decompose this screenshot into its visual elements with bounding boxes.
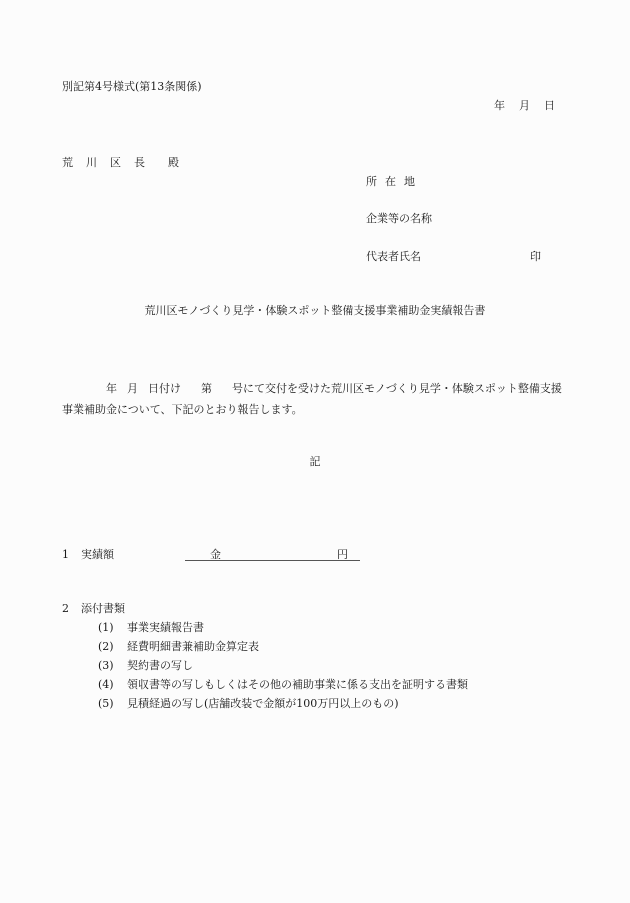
section-2-number: 2 bbox=[62, 602, 81, 616]
date-line: 年月日 bbox=[494, 99, 555, 113]
date-day-label: 日 bbox=[544, 99, 555, 113]
body-year: 年 bbox=[106, 382, 117, 395]
list-item-text: 事業実績報告書 bbox=[127, 621, 204, 634]
list-item-index: (2) bbox=[98, 640, 127, 654]
body-month: 月 bbox=[127, 382, 138, 395]
list-item-index: (3) bbox=[98, 659, 127, 673]
seal-mark: 印 bbox=[530, 250, 541, 264]
list-item-index: (4) bbox=[98, 678, 127, 692]
date-month-label: 月 bbox=[519, 99, 530, 113]
section-1-number: 1 bbox=[62, 548, 81, 562]
section-1-label: 実績額 bbox=[81, 548, 114, 561]
list-item: (3)契約書の写し bbox=[98, 659, 468, 678]
body-paragraph: 年月日付け第号にて交付を受けた荒川区モノづくり見学・体験スポット整備支援事業補助… bbox=[62, 378, 572, 420]
addressee-char: 長 bbox=[134, 156, 145, 170]
ki-heading: 記 bbox=[0, 455, 630, 469]
body-number-prefix: 第 bbox=[201, 382, 212, 395]
representative-label: 代表者氏名 bbox=[366, 250, 421, 264]
location-label: 所在地 bbox=[366, 175, 423, 189]
list-item-index: (5) bbox=[98, 697, 127, 711]
location-label-char: 所 bbox=[366, 175, 377, 189]
list-item: (2)経費明細書兼補助金算定表 bbox=[98, 640, 468, 659]
list-item: (4)領収書等の写しもしくはその他の補助事業に係る支出を証明する書類 bbox=[98, 678, 468, 697]
list-item-text: 見積経過の写し(店舗改装で金額が100万円以上のもの) bbox=[127, 697, 399, 710]
document-title: 荒川区モノづくり見学・体験スポット整備支援事業補助金実績報告書 bbox=[0, 304, 630, 318]
amount-field: 金 円 bbox=[185, 546, 360, 561]
section-2-label: 添付書類 bbox=[81, 602, 125, 615]
list-item: (5)見積経過の写し(店舗改装で金額が100万円以上のもの) bbox=[98, 697, 468, 716]
list-item-index: (1) bbox=[98, 621, 127, 635]
addressee-char: 区 bbox=[110, 156, 121, 170]
list-item-text: 契約書の写し bbox=[127, 659, 193, 672]
attachment-list: (1)事業実績報告書 (2)経費明細書兼補助金算定表 (3)契約書の写し (4)… bbox=[98, 621, 468, 716]
date-year-label: 年 bbox=[494, 99, 505, 113]
amount-en: 円 bbox=[337, 548, 348, 562]
section-1-heading: 1実績額 bbox=[62, 548, 114, 562]
form-number: 別記第4号様式(第13条関係) bbox=[62, 80, 202, 94]
addressee-char: 川 bbox=[86, 156, 97, 170]
body-day: 日付け bbox=[148, 382, 181, 395]
amount-kin: 金 bbox=[210, 548, 221, 562]
list-item: (1)事業実績報告書 bbox=[98, 621, 468, 640]
addressee-honorific: 殿 bbox=[168, 156, 179, 170]
location-label-char: 在 bbox=[385, 175, 396, 189]
list-item-text: 経費明細書兼補助金算定表 bbox=[127, 640, 259, 653]
location-label-char: 地 bbox=[404, 175, 415, 189]
addressee: 荒川区長殿 bbox=[62, 156, 192, 170]
section-2-heading: 2添付書類 bbox=[62, 602, 125, 616]
company-name-label: 企業等の名称 bbox=[366, 212, 432, 226]
addressee-char: 荒 bbox=[62, 156, 73, 170]
list-item-text: 領収書等の写しもしくはその他の補助事業に係る支出を証明する書類 bbox=[127, 678, 468, 691]
